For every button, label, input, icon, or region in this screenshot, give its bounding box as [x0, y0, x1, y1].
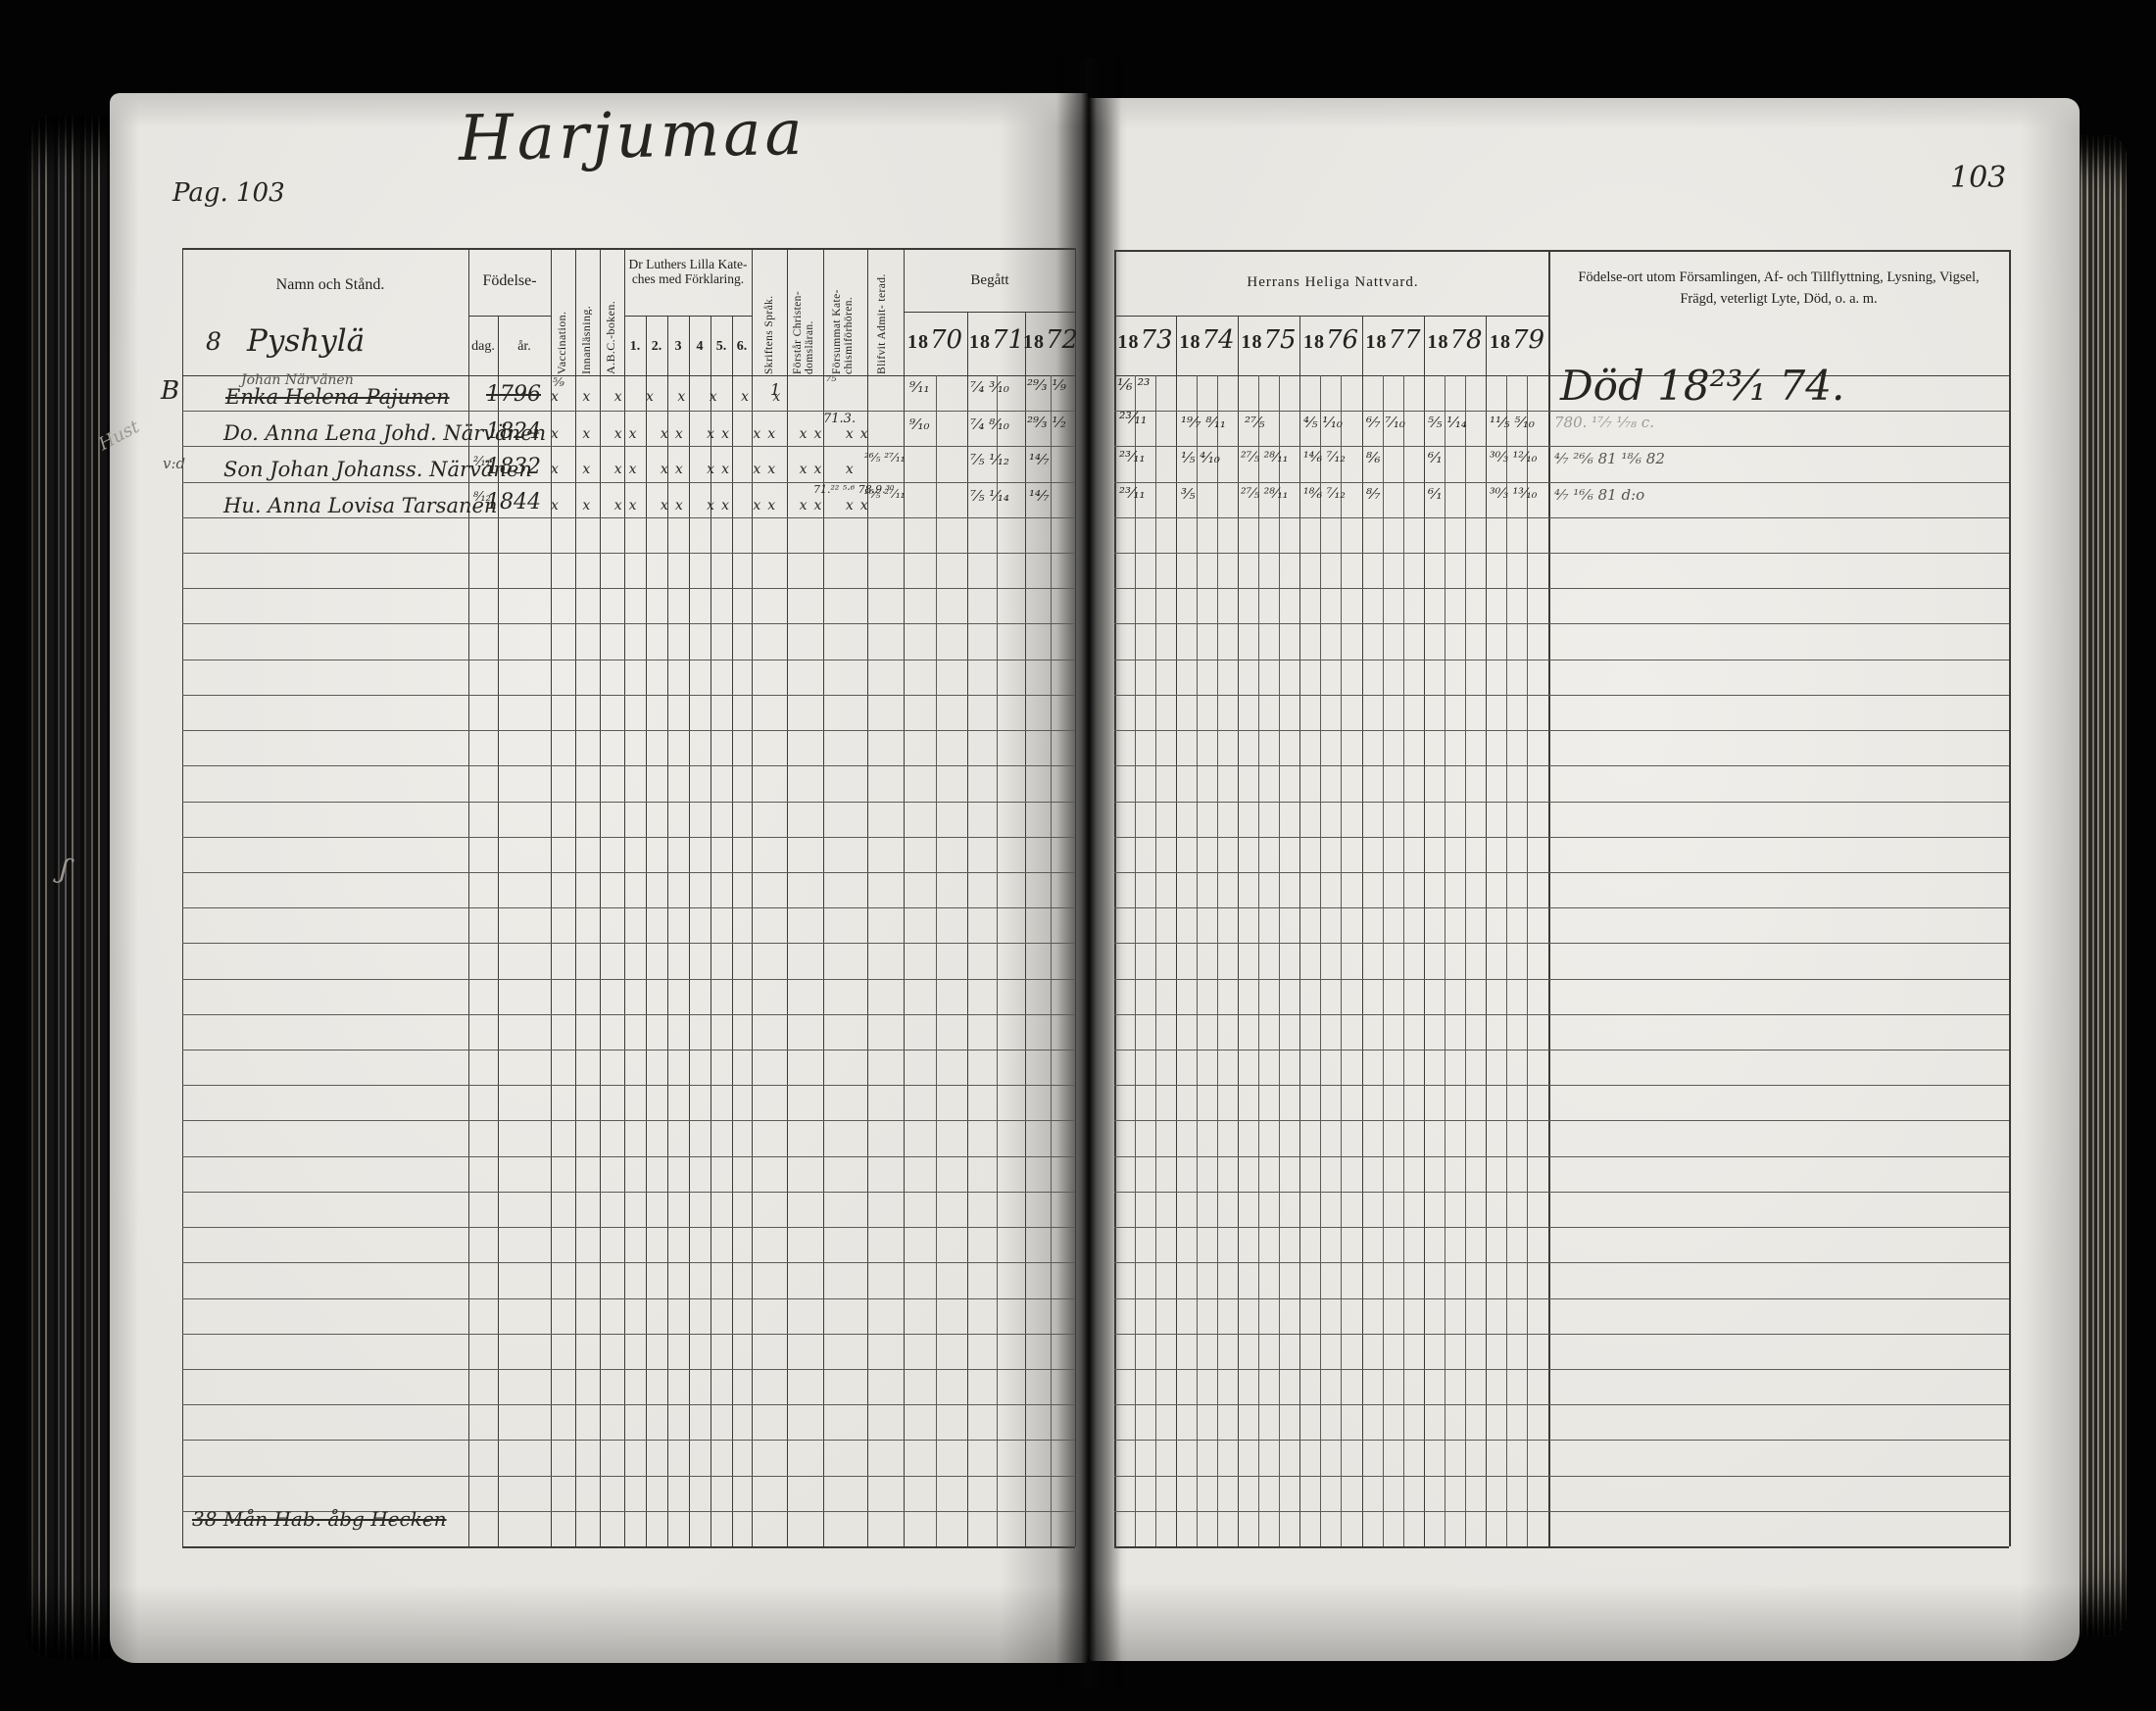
- footer-struck_entry: 38 Mån Hab. åbg Hecken: [192, 1509, 447, 1530]
- rows-2-y1878: ⁶⁄₁: [1428, 451, 1443, 466]
- grid-line: [1299, 316, 1300, 1546]
- year-1877-printed: 18: [1365, 331, 1387, 353]
- col-header-birth-year: år.: [498, 339, 551, 355]
- book-scan: Namn och Stånd. Födelse- dag. år. Vaccin…: [0, 0, 2156, 1711]
- rows-3-note: ⁴⁄₇ ¹⁶⁄₆ 81 d:o: [1554, 488, 1644, 504]
- grid-line: [1114, 660, 2009, 660]
- grid-line: [182, 1050, 1075, 1051]
- grid-line: [182, 1192, 1075, 1193]
- grid-line: [1279, 375, 1280, 1546]
- rows-1-y1877: ⁶⁄₇ ⁷⁄₁₀: [1366, 416, 1405, 431]
- year-1871-written: 71: [992, 325, 1024, 355]
- margin-note_b: B: [161, 378, 179, 405]
- rows-2-y1872: ¹⁴⁄₇: [1029, 453, 1050, 468]
- rows-3-name: Hu. Anna Lovisa Tarsanen: [223, 495, 497, 516]
- grid-line: [1527, 375, 1528, 1546]
- grid-line: [182, 907, 1075, 908]
- grid-line: [182, 695, 1075, 696]
- col-header-catechism-line2: ches med Förklaring.: [624, 271, 752, 286]
- rows-0-y1871: ⁷⁄₄ ³⁄₁₀: [970, 380, 1009, 396]
- grid-line: [1362, 316, 1363, 1546]
- year-1870-printed: 18: [907, 331, 929, 353]
- grid-line: [1176, 316, 1177, 1546]
- grid-line: [1114, 1298, 2009, 1299]
- grid-line: [1114, 1120, 2009, 1121]
- grid-line: [182, 623, 1075, 624]
- year-1876-printed: 18: [1303, 331, 1325, 353]
- year-1877: 1877: [1362, 325, 1424, 365]
- year-1875-printed: 18: [1241, 331, 1262, 353]
- grid-line: [1114, 1156, 2009, 1157]
- year-1873-written: 73: [1140, 325, 1172, 355]
- grid-line: [997, 375, 998, 1546]
- year-1879-printed: 18: [1490, 331, 1511, 353]
- rows-2-y1874: ¹⁄₅ ⁴⁄₁₀: [1181, 451, 1220, 466]
- grid-line: [967, 312, 968, 1546]
- rows-2-y1877: ⁸⁄₆: [1366, 451, 1381, 466]
- rows-2-marks: x x xx xx xx xx xx x: [551, 463, 860, 477]
- year-1878-printed: 18: [1427, 331, 1448, 353]
- grid-line: [1025, 312, 1026, 1546]
- rows-0-understands: ⁷⁵: [826, 375, 836, 389]
- year-1870-written: 70: [930, 325, 962, 355]
- col-header-scripture: Skriftens Språk.: [763, 253, 775, 374]
- rows-2-y1876: ¹⁴⁄₆ ⁷⁄₁₂: [1303, 451, 1346, 465]
- col-header-catechism: Dr Luthers Lilla Kate- ches med Förklari…: [624, 257, 752, 286]
- col-header-communion: Herrans Heliga Nattvard.: [1156, 274, 1509, 291]
- rows-3-year: 1844: [486, 491, 541, 513]
- col-header-reading: Innanläsning.: [580, 253, 592, 374]
- grid-line: [1051, 375, 1052, 1546]
- grid-line: [182, 1546, 1075, 1548]
- col-header-begatt: Begått: [921, 272, 1058, 289]
- rows-1-y1872: ²⁹⁄₃ ¹⁄₂: [1027, 416, 1066, 431]
- grid-line: [1114, 623, 2009, 624]
- grid-line: [182, 482, 1075, 483]
- year-1879: 1879: [1486, 325, 1548, 365]
- rows-3-y1876: ¹⁸⁄₆ ⁷⁄₁₂: [1303, 487, 1346, 502]
- grid-line: [1114, 1227, 2009, 1228]
- year-1878-written: 78: [1449, 325, 1482, 355]
- year-1877-written: 77: [1388, 325, 1420, 355]
- rows-1-y1874: ¹⁹⁄₇ ⁸⁄₁₁: [1181, 416, 1226, 431]
- grid-line: [182, 1156, 1075, 1157]
- grid-line: [182, 1440, 1075, 1441]
- grid-line: [1383, 375, 1384, 1546]
- catechism-col-3: 3: [667, 339, 689, 355]
- grid-line: [182, 553, 1075, 554]
- grid-line: [182, 979, 1075, 980]
- grid-line: [904, 312, 1075, 313]
- rows-2-note: ⁴⁄₇ ²⁶⁄₆ 81 ¹⁸⁄₆ 82: [1554, 452, 1665, 467]
- grid-line: [1114, 730, 2009, 731]
- year-1878: 1878: [1424, 325, 1486, 365]
- year-1872-printed: 18: [1023, 331, 1045, 353]
- grid-line: [1114, 1085, 2009, 1086]
- grid-line: [1114, 1546, 2009, 1548]
- grid-line: [1114, 943, 2009, 944]
- year-1873: 1873: [1114, 325, 1176, 365]
- grid-line: [1114, 482, 2009, 483]
- rows-2-admitted: ²⁶⁄₅ ²⁷⁄₁₁: [864, 452, 906, 464]
- scan-page_number: 103: [1950, 163, 2006, 194]
- grid-line: [936, 375, 937, 1546]
- rows-3-y1877: ⁸⁄₇: [1366, 487, 1381, 503]
- grid-line: [182, 730, 1075, 731]
- grid-line: [182, 660, 1075, 660]
- rows-0-y1872: ²⁹⁄₃ ¹⁄₉: [1027, 378, 1066, 394]
- grid-line: [1114, 695, 2009, 696]
- grid-line: [1114, 553, 2009, 554]
- margin-vd: v:d: [163, 457, 185, 472]
- col-header-vaccination: Vaccination.: [556, 253, 567, 374]
- grid-line: [182, 1014, 1075, 1015]
- year-1876-written: 76: [1326, 325, 1358, 355]
- grid-line: [182, 943, 1075, 944]
- grid-line: [182, 872, 1075, 873]
- year-1874-written: 74: [1201, 325, 1234, 355]
- village-name: Pyshylä: [247, 325, 365, 358]
- rows-1-marks: x x xx xx xx xx xx xx: [551, 427, 875, 442]
- grid-line: [1114, 1369, 2009, 1370]
- grid-line: [1114, 446, 2009, 447]
- grid-line: [182, 1085, 1075, 1086]
- grid-line: [1114, 1192, 2009, 1193]
- grid-line: [904, 248, 905, 1546]
- grid-line: [1114, 872, 2009, 873]
- rows-1-understands: 71.3.: [823, 413, 856, 426]
- grid-line: [182, 765, 1075, 766]
- rows-3-y1875: ²⁷⁄₅ ²⁸⁄₁₁: [1241, 487, 1288, 502]
- rows-3-y1873: ²³⁄₁₁: [1119, 486, 1146, 502]
- col-header-birth-day: dag.: [468, 339, 498, 355]
- year-1876: 1876: [1299, 325, 1362, 365]
- grid-line: [1114, 316, 1548, 317]
- grid-line: [182, 248, 1075, 250]
- grid-line: [1114, 588, 2009, 589]
- grid-line: [468, 316, 551, 317]
- grid-line: [1114, 250, 2009, 252]
- grid-line: [1114, 765, 2009, 766]
- year-1872-written: 72: [1046, 325, 1078, 355]
- grid-line: [1465, 375, 1466, 1546]
- grid-line: [1135, 375, 1136, 1546]
- rows-2-year: 1832: [486, 456, 541, 478]
- rows-0-y1873: ¹⁄₆ ²³: [1117, 377, 1150, 394]
- grid-line: [1320, 375, 1321, 1546]
- grid-line: [1445, 375, 1445, 1546]
- grid-line: [1114, 1404, 2009, 1405]
- catechism-col-6: 6.: [732, 339, 752, 355]
- col-header-birth: Födelse-: [468, 272, 551, 290]
- rows-3-marks: x x xx xx xx xx xx xx: [551, 499, 875, 513]
- year-1873-printed: 18: [1117, 331, 1139, 353]
- grid-line: [1238, 316, 1239, 1546]
- year-1875-written: 75: [1263, 325, 1296, 355]
- col-header-notes-line2: Frägd, veterligt Lyte, Död, o. a. m.: [1563, 288, 1994, 310]
- grid-line: [787, 248, 788, 1546]
- rows-2-y1875: ²⁷⁄₅ ²⁸⁄₁₁: [1241, 451, 1288, 465]
- grid-line: [1075, 248, 1076, 1546]
- grid-line: [1197, 375, 1198, 1546]
- grid-line: [182, 1334, 1075, 1335]
- grid-line: [182, 802, 1075, 803]
- rows-3-y1874: ³⁄₅: [1181, 487, 1196, 503]
- rows-1-note: 780. ¹⁷⁄₇ ¹⁄₇₈ c.: [1554, 416, 1654, 431]
- catechism-col-4: 4: [689, 339, 710, 355]
- rows-2-y1879: ³⁰⁄₃ ¹²⁄₁₀: [1490, 451, 1537, 465]
- rows-3-y1872: ¹⁴⁄₇: [1029, 489, 1050, 505]
- grid-line: [182, 1298, 1075, 1299]
- grid-line: [1114, 1334, 2009, 1335]
- rows-1-y1873: ²³⁄₁₁: [1119, 411, 1147, 427]
- grid-line: [551, 248, 552, 1546]
- grid-line: [1114, 250, 1116, 1546]
- rows-0-marks: x x x x x x x x: [551, 390, 787, 405]
- grid-line: [600, 248, 601, 1546]
- grid-line: [2009, 250, 2011, 1546]
- grid-line: [1217, 375, 1218, 1546]
- grid-line: [182, 446, 1075, 447]
- grid-line: [1114, 1440, 2009, 1441]
- rows-2-y1871: ⁷⁄₅ ¹⁄₁₂: [970, 453, 1009, 468]
- col-header-notes: Födelse-ort utom Församlingen, Af- och T…: [1563, 267, 1994, 310]
- year-1872: 1872: [1023, 325, 1075, 365]
- grid-line: [182, 837, 1075, 838]
- scan-title: Harjumaa: [458, 101, 807, 172]
- grid-line: [1114, 837, 2009, 838]
- grid-line: [1506, 375, 1507, 1546]
- rows-3-y1879: ³⁰⁄₃ ¹³⁄₁₀: [1490, 487, 1537, 502]
- grid-line: [182, 517, 1075, 518]
- grid-line: [182, 248, 183, 1546]
- col-header-name: Namn och Stånd.: [208, 276, 453, 294]
- col-header-missed: Försummat Kate- chismiförhören.: [831, 253, 862, 374]
- village-number: 8: [206, 329, 221, 355]
- year-1875: 1875: [1238, 325, 1299, 365]
- year-1874: 1874: [1176, 325, 1238, 365]
- year-1871-printed: 18: [969, 331, 991, 353]
- grid-line: [182, 1262, 1075, 1263]
- rows-0-year: 1796: [486, 383, 541, 406]
- grid-line: [182, 1476, 1075, 1477]
- grid-line: [1114, 1262, 2009, 1263]
- grid-line: [182, 1404, 1075, 1405]
- grid-line: [1114, 1050, 2009, 1051]
- grid-line: [182, 588, 1075, 589]
- rows-0-note: Död 18²³⁄₁ 74.: [1560, 365, 1844, 408]
- col-header-catechism-line1: Dr Luthers Lilla Kate-: [624, 257, 752, 271]
- grid-line: [1403, 375, 1404, 1546]
- grid-line: [1341, 375, 1342, 1546]
- rows-1-y1871: ⁷⁄₄ ⁸⁄₁₀: [970, 417, 1009, 433]
- grid-line: [1258, 375, 1259, 1546]
- col-header-admitted: Blifvit Admit- terad.: [876, 253, 904, 374]
- grid-line: [182, 1120, 1075, 1121]
- grid-line: [182, 1227, 1075, 1228]
- rows-3-y1871: ⁷⁄₅ ¹⁄₁₄: [970, 489, 1009, 505]
- grid-line: [1486, 316, 1487, 1546]
- grid-line: [867, 248, 868, 1546]
- grid-line: [1114, 1511, 2009, 1512]
- grid-line: [1548, 250, 1550, 1546]
- book-page-edges-right: [2078, 135, 2127, 1637]
- grid-line: [1114, 907, 2009, 908]
- catechism-col-1: 1.: [624, 339, 646, 355]
- year-1870: 1870: [906, 325, 964, 365]
- catechism-col-5: 5.: [710, 339, 732, 355]
- grid-line: [1424, 316, 1425, 1546]
- rows-3-y1878: ⁶⁄₁: [1428, 487, 1443, 503]
- rows-1-y1876: ⁴⁄₅ ¹⁄₁₀: [1303, 416, 1343, 431]
- grid-line: [624, 248, 625, 1546]
- rows-3-admitted: ²⁶⁄₅ ²⁷⁄₁₁: [864, 488, 906, 501]
- grid-line: [182, 411, 1075, 412]
- year-1871: 1871: [968, 325, 1025, 365]
- rows-1-y1870: ⁹⁄₁₀: [909, 417, 930, 433]
- col-header-understands: Förstår Christen- domsläran.: [792, 253, 821, 374]
- grid-line: [1114, 517, 2009, 518]
- book-gutter-shadow: [1056, 57, 1121, 1689]
- rows-0-name: Enka Helena Pajunen: [225, 386, 450, 408]
- rows-1-y1879: ¹¹⁄₅ ⁵⁄₁₀: [1490, 416, 1535, 431]
- book-page-edges-left: [27, 116, 112, 1659]
- grid-line: [575, 248, 576, 1546]
- grid-line: [1114, 1014, 2009, 1015]
- grid-line: [1114, 802, 2009, 803]
- grid-line: [1114, 411, 2009, 412]
- rows-1-y1878: ⁵⁄₅ ¹⁄₁₄: [1428, 416, 1467, 431]
- rows-0-vacc: ⁵⁄₉: [553, 376, 564, 389]
- grid-line: [1155, 375, 1156, 1546]
- catechism-col-2: 2.: [646, 339, 667, 355]
- year-1879-written: 79: [1512, 325, 1544, 355]
- rows-2-y1873: ²³⁄₁₁: [1119, 450, 1146, 465]
- grid-line: [1114, 979, 2009, 980]
- col-header-abc-book: A.B.C.-boken.: [605, 253, 616, 374]
- col-header-notes-line1: Födelse-ort utom Församlingen, Af- och T…: [1563, 267, 1994, 288]
- grid-line: [182, 1369, 1075, 1370]
- rows-1-year: 1824: [486, 420, 541, 443]
- rows-0-y1870: ⁹⁄₁₁: [909, 380, 930, 396]
- grid-line: [752, 248, 753, 1546]
- year-1874-printed: 18: [1179, 331, 1200, 353]
- rows-0-scripture: 1: [770, 382, 780, 399]
- grid-line: [1114, 1476, 2009, 1477]
- rows-1-y1875: ²⁷⁄₅: [1245, 416, 1265, 431]
- scan-pag_label: Pag. 103: [172, 180, 285, 207]
- grid-line: [823, 248, 824, 1546]
